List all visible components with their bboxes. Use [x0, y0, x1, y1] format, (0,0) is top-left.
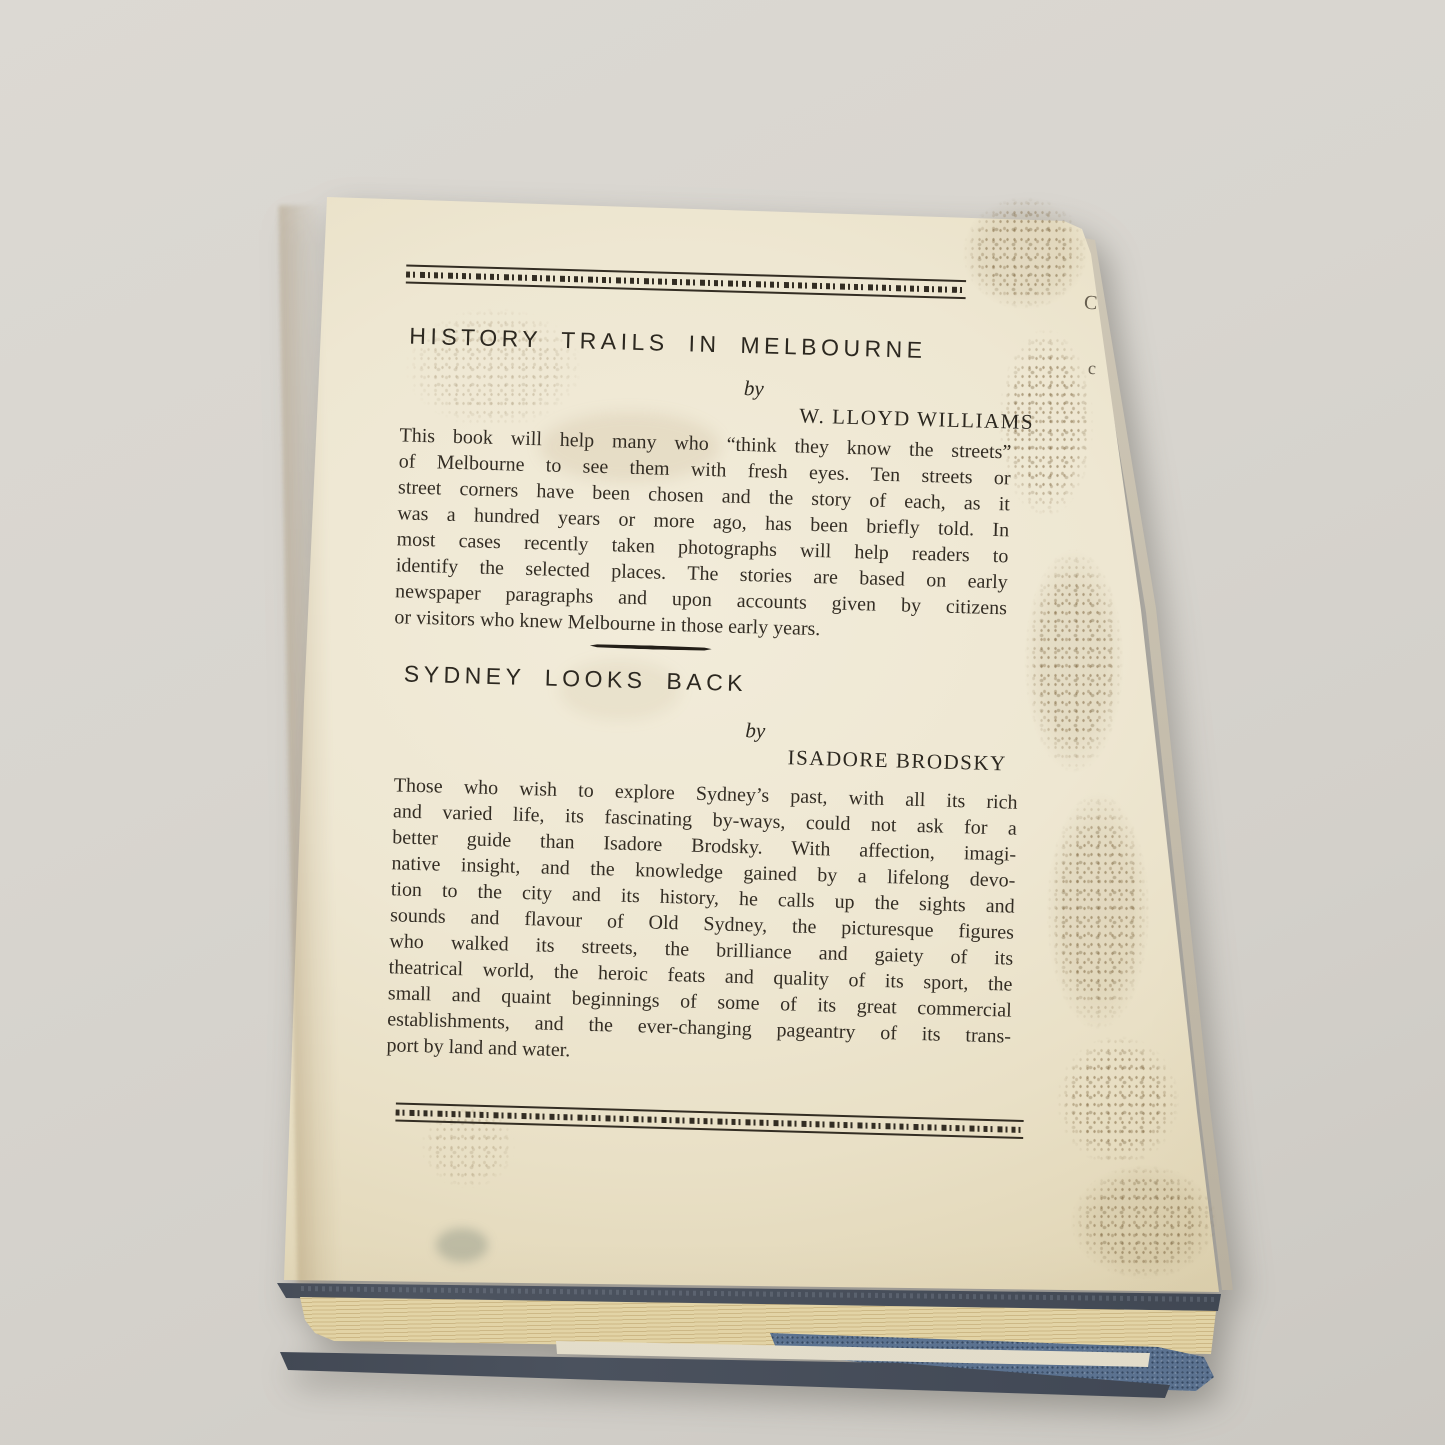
- blurb-history-trails: This book will help many who “think they…: [394, 422, 1012, 647]
- byline-prefix: by: [745, 718, 766, 744]
- author-name-brodsky: ISADORE BRODSKY: [787, 745, 1007, 776]
- section-title-sydney-looks-back: SYDNEY LOOKS BACK: [404, 661, 748, 698]
- photo-scene: C c HISTORY TRAILS IN MELBOURNE by W. LL…: [0, 0, 1445, 1445]
- gray-smudge: [436, 1228, 488, 1262]
- jacket-printed-text: HISTORY TRAILS IN MELBOURNE by W. LLOYD …: [364, 240, 1038, 1188]
- spine-peek-glyph: c: [1087, 358, 1096, 380]
- decorative-rule-dashes: [406, 271, 966, 293]
- byline-prefix: by: [744, 376, 765, 402]
- spine-peek-glyph: C: [1083, 292, 1098, 316]
- author-name-williams: W. LLOYD WILLIAMS: [799, 404, 1035, 436]
- book: C c HISTORY TRAILS IN MELBOURNE by W. LL…: [0, 0, 1445, 1445]
- section-title-history-trails: HISTORY TRAILS IN MELBOURNE: [409, 323, 927, 364]
- section-divider-rule: [590, 644, 712, 651]
- decorative-rule-top: [406, 264, 966, 299]
- blurb-sydney-looks-back: Those who wish to explore Sydney’s past,…: [386, 772, 1018, 1075]
- decorative-rule-bottom: [395, 1103, 1023, 1140]
- decorative-rule-dashes: [396, 1109, 1024, 1133]
